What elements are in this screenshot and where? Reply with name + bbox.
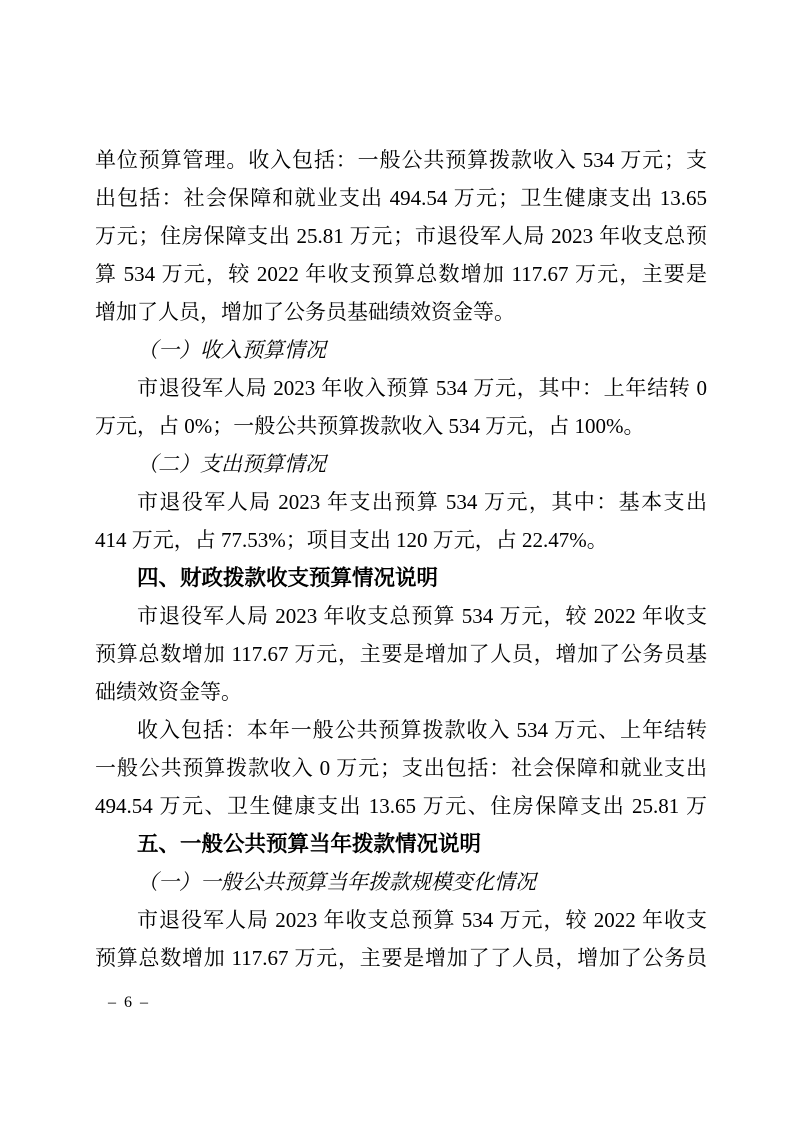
text-line: 万元，占 0%；一般公共预算拨款收入 534 万元，占 100%。 — [95, 407, 707, 445]
sub-heading: （一）一般公共预算当年拨款规模变化情况 — [95, 863, 707, 901]
text-line: 494.54 万元、卫生健康支出 13.65 万元、住房保障支出 25.81 万… — [95, 787, 707, 825]
text-line: 算 534 万元，较 2022 年收支预算总数增加 117.67 万元，主要是 — [95, 255, 707, 293]
text-line: 础绩效资金等。 — [95, 673, 707, 711]
document-page: 单位预算管理。收入包括：一般公共预算拨款收入 534 万元；支出包括：社会保障和… — [0, 0, 793, 1122]
document-body: 单位预算管理。收入包括：一般公共预算拨款收入 534 万元；支出包括：社会保障和… — [95, 141, 707, 977]
text-line: 收入包括：本年一般公共预算拨款收入 534 万元、上年结转 — [95, 711, 707, 749]
sub-heading: （二）支出预算情况 — [95, 445, 707, 483]
text-line: 预算总数增加 117.67 万元，主要是增加了了人员，增加了公务员 — [95, 939, 707, 977]
section-heading: 四、财政拨款收支预算情况说明 — [95, 559, 707, 597]
text-line: 市退役军人局 2023 年收支总预算 534 万元，较 2022 年收支 — [95, 901, 707, 939]
sub-heading: （一）收入预算情况 — [95, 331, 707, 369]
text-line: 市退役军人局 2023 年收入预算 534 万元，其中：上年结转 0 — [95, 369, 707, 407]
text-line: 市退役军人局 2023 年收支总预算 534 万元，较 2022 年收支 — [95, 597, 707, 635]
text-line: 万元；住房保障支出 25.81 万元；市退役军人局 2023 年收支总预 — [95, 217, 707, 255]
section-heading: 五、一般公共预算当年拨款情况说明 — [95, 825, 707, 863]
page-number: – 6 – — [108, 993, 150, 1013]
text-line: 增加了人员，增加了公务员基础绩效资金等。 — [95, 293, 707, 331]
text-line: 414 万元，占 77.53%；项目支出 120 万元，占 22.47%。 — [95, 521, 707, 559]
text-line: 市退役军人局 2023 年支出预算 534 万元，其中：基本支出 — [95, 483, 707, 521]
text-line: 一般公共预算拨款收入 0 万元；支出包括：社会保障和就业支出 — [95, 749, 707, 787]
text-line: 单位预算管理。收入包括：一般公共预算拨款收入 534 万元；支 — [95, 141, 707, 179]
text-line: 出包括：社会保障和就业支出 494.54 万元；卫生健康支出 13.65 — [95, 179, 707, 217]
text-line: 预算总数增加 117.67 万元，主要是增加了人员，增加了公务员基 — [95, 635, 707, 673]
